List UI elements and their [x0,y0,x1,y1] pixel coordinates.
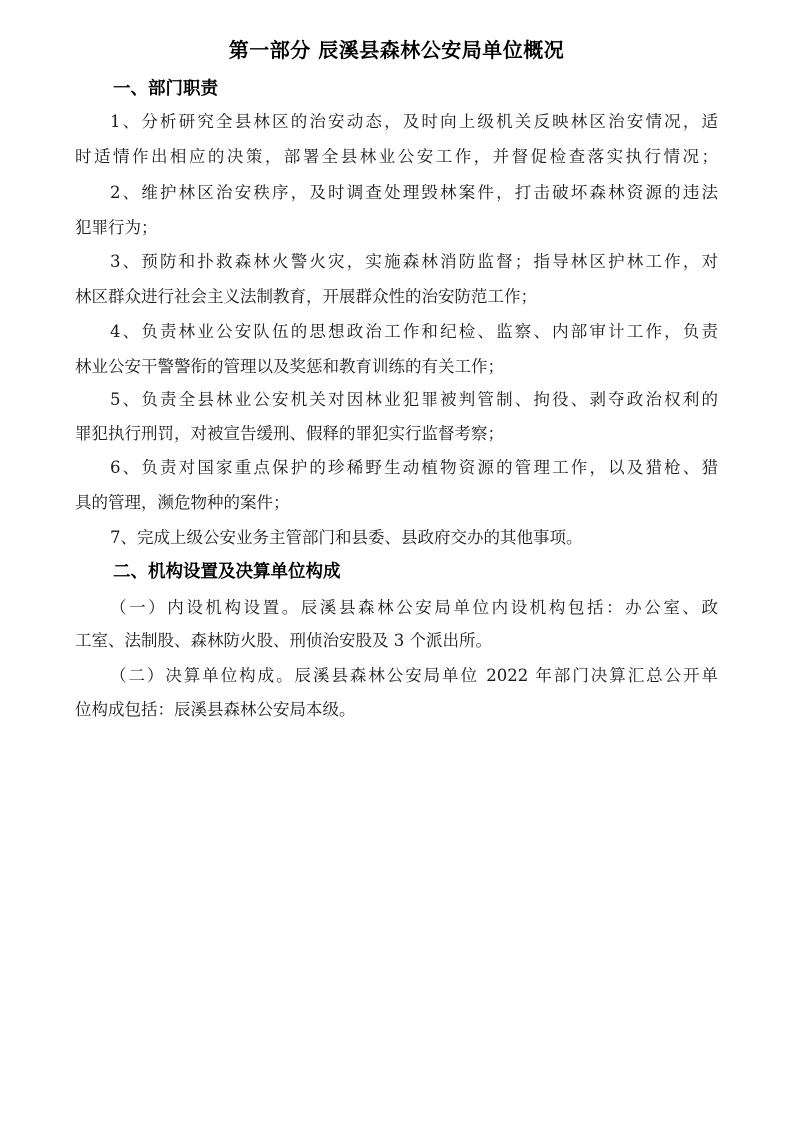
paragraph-line: 6、负责对国家重点保护的珍稀野生动植物资源的管理工作，以及猎枪、猎 [110,456,718,480]
paragraph-line: 具的管理，濒危物种的案件； [75,491,290,515]
paragraph-line: 2、维护林区治安秩序，及时调查处理毁林案件，打击破坏森林资源的违法 [110,181,718,205]
paragraph-line: 林业公安干警警衔的管理以及奖惩和教育训练的有关工作； [75,355,504,379]
paragraph-line: 林区群众进行社会主义法制教育，开展群众性的治安防范工作； [75,285,537,309]
paragraph-line: 工室、法制股、森林防火股、刑侦治安股及 3 个派出所。 [75,629,492,653]
document-page: 第一部分 辰溪县森林公安局单位概况 一、部门职责 1、分析研究全县林区的治安动态… [0,0,793,1122]
paragraph-line: 3、预防和扑救森林火警火灾，实施森林消防监督；指导林区护林工作，对 [110,250,718,274]
paragraph-line: 5、负责全县林业公安机关对因林业犯罪被判管制、拘役、剥夺政治权利的 [110,388,718,412]
paragraph-line: 犯罪行为； [75,216,158,240]
section-heading-organization: 二、机构设置及决算单位构成 [113,559,341,585]
paragraph-line: 位构成包括：辰溪县森林公安局本级。 [75,698,356,722]
section-heading-department-duties: 一、部门职责 [113,76,218,102]
paragraph-line: （二）决算单位构成。辰溪县森林公安局单位 2022 年部门决算汇总公开单 [110,664,718,688]
paragraph-line: 7、完成上级公安业务主管部门和县委、县政府交办的其他事项。 [110,526,583,550]
paragraph-line: 4、负责林业公安队伍的思想政治工作和纪检、监察、内部审计工作，负责 [110,320,718,344]
page-title: 第一部分 辰溪县森林公安局单位概况 [0,36,793,64]
paragraph-line: 时适情作出相应的决策，部署全县林业公安工作，并督促检查落实执行情况； [75,145,718,169]
paragraph-line: 罪犯执行刑罚，对被宣告缓刑、假释的罪犯实行监督考察； [75,422,504,446]
paragraph-line: （一）内设机构设置。辰溪县森林公安局单位内设机构包括：办公室、政 [110,596,718,620]
paragraph-line: 1、分析研究全县林区的治安动态，及时向上级机关反映林区治安情况，适 [110,110,718,134]
